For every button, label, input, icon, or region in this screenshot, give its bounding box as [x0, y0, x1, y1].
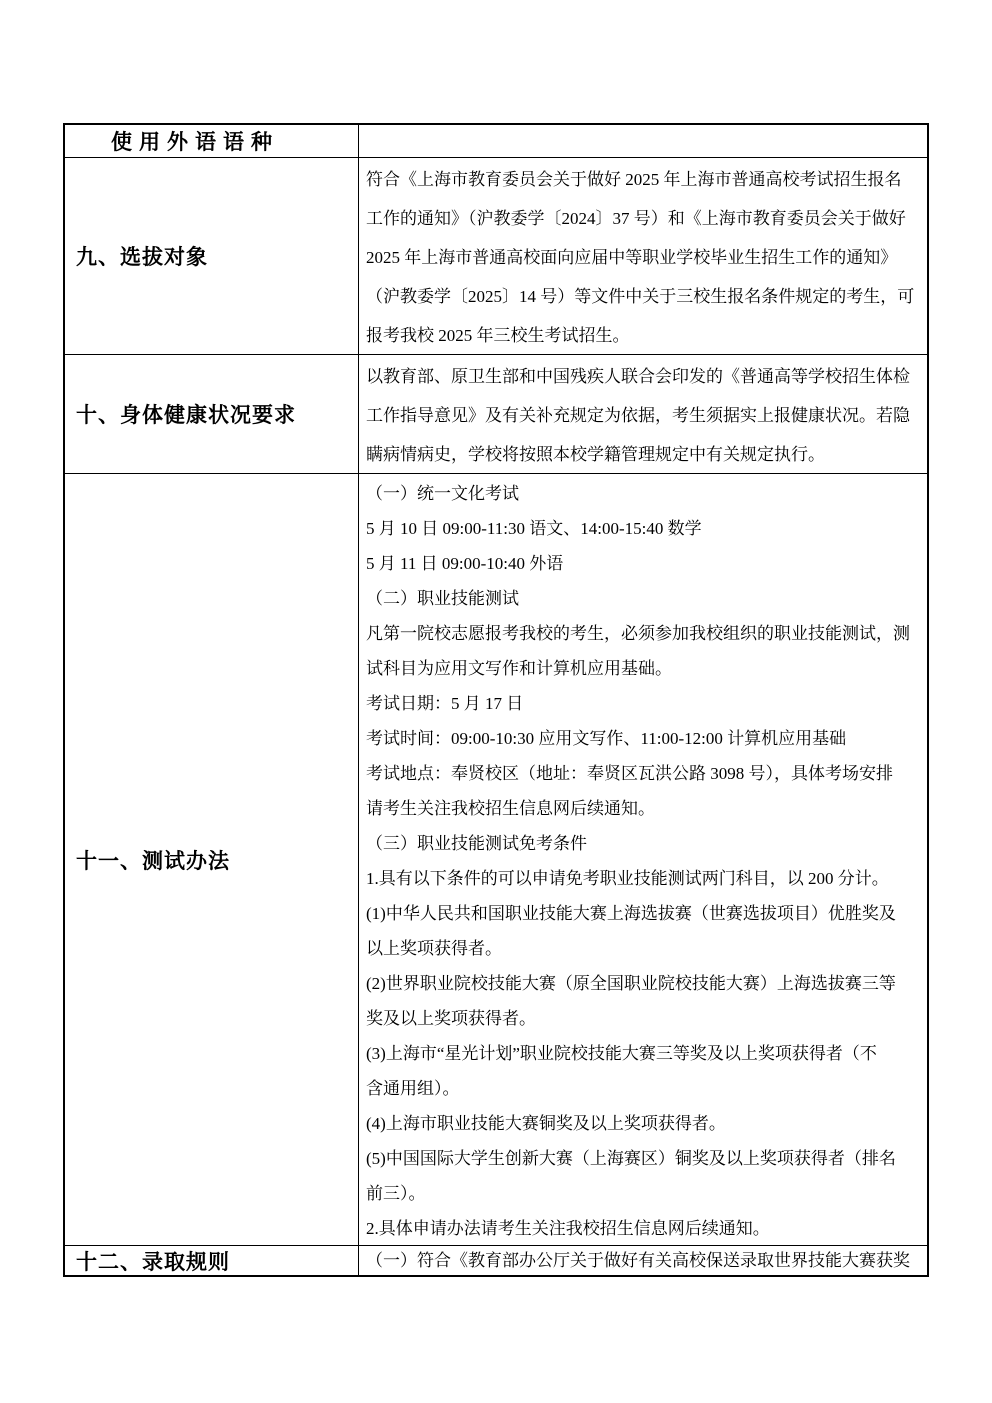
table-row-test-methods: 十一、测试办法 （一）统一文化考试5 月 10 日 09:00-11:30 语文… [65, 473, 927, 1245]
text-line: 瞒病情病史，学校将按照本校学籍管理规定中有关规定执行。 [366, 435, 921, 473]
text-line: 以上奖项获得者。 [366, 931, 921, 966]
text-line: (4)上海市职业技能大赛铜奖及以上奖项获得者。 [366, 1106, 921, 1141]
text-line: 2.具体申请办法请考生关注我校招生信息网后续通知。 [366, 1211, 921, 1245]
text-line: 符合《上海市教育委员会关于做好 2025 年上海市普通高校考试招生报名 [366, 160, 921, 199]
text-line: 工作的通知》（沪教委学〔2024〕37 号）和《上海市教育委员会关于做好 [366, 199, 921, 238]
text-line: 凡第一院校志愿报考我校的考生，必须参加我校组织的职业技能测试，测 [366, 616, 921, 651]
text-line: （一）符合《教育部办公厅关于做好有关高校保送录取世界技能大赛获奖 [366, 1247, 910, 1275]
row-label-foreign-language: 使用外语语种 [65, 125, 359, 157]
row-content-admission-rules: （一）符合《教育部办公厅关于做好有关高校保送录取世界技能大赛获奖 [359, 1246, 927, 1275]
text-line: (5)中国国际大学生创新大赛（上海赛区）铜奖及以上奖项获得者（排名 [366, 1141, 921, 1176]
text-line: 考试日期：5 月 17 日 [366, 686, 921, 721]
text-line: (1)中华人民共和国职业技能大赛上海选拔赛（世赛选拔项目）优胜奖及 [366, 896, 921, 931]
text-line: （沪教委学〔2025〕14 号）等文件中关于三校生报名条件规定的考生，可 [366, 277, 921, 316]
row-label-selection-targets: 九、选拔对象 [65, 158, 359, 354]
text-line: 2025 年上海市普通高校面向应届中等职业学校毕业生招生工作的通知》 [366, 238, 921, 277]
table-row-selection-targets: 九、选拔对象 符合《上海市教育委员会关于做好 2025 年上海市普通高校考试招生… [65, 157, 927, 354]
text-line: 试科目为应用文写作和计算机应用基础。 [366, 651, 921, 686]
text-line: (2)世界职业院校技能大赛（原全国职业院校技能大赛）上海选拔赛三等 [366, 966, 921, 1001]
text-line: 报考我校 2025 年三校生考试招生。 [366, 316, 921, 354]
row-content-test-methods: （一）统一文化考试5 月 10 日 09:00-11:30 语文、14:00-1… [359, 474, 927, 1245]
table-row-admission-rules: 十二、录取规则 （一）符合《教育部办公厅关于做好有关高校保送录取世界技能大赛获奖 [65, 1245, 927, 1275]
row-label-admission-rules: 十二、录取规则 [65, 1246, 359, 1275]
text-line: 考试地点：奉贤校区（地址：奉贤区瓦洪公路 3098 号），具体考场安排 [366, 756, 921, 791]
text-line: 1.具有以下条件的可以申请免考职业技能测试两门科目，以 200 分计。 [366, 861, 921, 896]
row-content-foreign-language [359, 125, 927, 157]
row-content-health-requirements: 以教育部、原卫生部和中国残疾人联合会印发的《普通高等学校招生体检工作指导意见》及… [359, 355, 927, 473]
text-line: 前三）。 [366, 1176, 921, 1211]
text-line: （一）统一文化考试 [366, 476, 921, 511]
text-line: （二）职业技能测试 [366, 581, 921, 616]
text-line: 工作指导意见》及有关补充规定为依据，考生须据实上报健康状况。若隐 [366, 396, 921, 435]
text-line: 5 月 10 日 09:00-11:30 语文、14:00-15:40 数学 [366, 511, 921, 546]
row-label-health-requirements: 十、身体健康状况要求 [65, 355, 359, 473]
text-line: 请考生关注我校招生信息网后续通知。 [366, 791, 921, 826]
table-row-health-requirements: 十、身体健康状况要求 以教育部、原卫生部和中国残疾人联合会印发的《普通高等学校招… [65, 354, 927, 473]
admissions-info-table: 使用外语语种 九、选拔对象 符合《上海市教育委员会关于做好 2025 年上海市普… [63, 123, 929, 1277]
row-content-selection-targets: 符合《上海市教育委员会关于做好 2025 年上海市普通高校考试招生报名工作的通知… [359, 158, 927, 354]
row-label-test-methods: 十一、测试办法 [65, 474, 359, 1245]
text-line: （三）职业技能测试免考条件 [366, 826, 921, 861]
table-row-foreign-language: 使用外语语种 [65, 125, 927, 157]
text-line: 考试时间：09:00-10:30 应用文写作、11:00-12:00 计算机应用… [366, 721, 921, 756]
text-line: 以教育部、原卫生部和中国残疾人联合会印发的《普通高等学校招生体检 [366, 357, 921, 396]
text-line: 含通用组）。 [366, 1071, 921, 1106]
text-line: (3)上海市“星光计划”职业院校技能大赛三等奖及以上奖项获得者（不 [366, 1036, 921, 1071]
text-line: 5 月 11 日 09:00-10:40 外语 [366, 546, 921, 581]
text-line: 奖及以上奖项获得者。 [366, 1001, 921, 1036]
